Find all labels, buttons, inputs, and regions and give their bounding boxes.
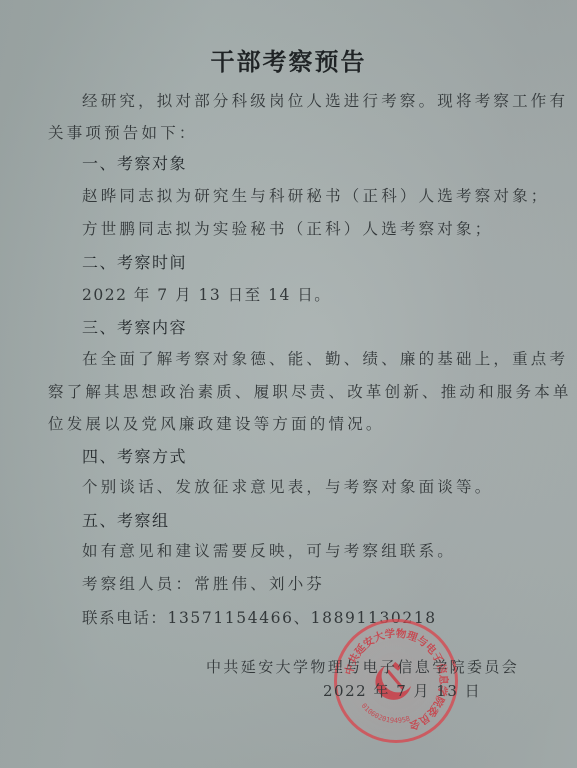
section-heading-3: 三、考察内容 (82, 315, 187, 338)
intro-line-1: 经研究，拟对部分科级岗位人选进行考察。现将考察工作有 (82, 89, 568, 111)
section-3-line-1: 在全面了解考察对象德、能、勤、绩、廉的基础上，重点考 (82, 347, 568, 369)
section-heading-4: 四、考察方式 (82, 444, 187, 467)
document-title: 干部考察预告 (0, 42, 577, 77)
section-5-line-1: 如有意见和建议需要反映，可与考察组联系。 (82, 539, 456, 561)
section-3-line-3: 位发展以及党风廉政建设等方面的情况。 (48, 412, 385, 434)
signature-organization: 中共延安大学物理与电子信息学院委员会 (206, 656, 519, 677)
section-heading-2: 二、考察时间 (82, 250, 187, 273)
intro-line-2: 关事项预告如下： (48, 121, 198, 143)
seal-serial: 0106020194958 (360, 702, 411, 725)
section-3-line-2: 察了解其思想政治素质、履职尽责、改革创新、推动和服务本单 (48, 380, 572, 402)
section-heading-5: 五、考察组 (82, 508, 170, 531)
section-5-line-2: 考察组人员：常胜伟、刘小芬 (82, 572, 325, 594)
section-1-line-1: 赵晔同志拟为研究生与科研秘书（正科）人选考察对象； (82, 184, 550, 206)
section-2-line-1: 2022 年 7 月 13 日至 14 日。 (82, 283, 331, 305)
section-4-line-1: 个别谈话、发放征求意见表，与考察对象面谈等。 (82, 475, 493, 497)
section-1-line-2: 方世鹏同志拟为实验秘书（正科）人选考察对象； (82, 217, 493, 239)
svg-text:0106020194958: 0106020194958 (360, 702, 411, 725)
signature-date: 2022 年 7 月 13 日 (323, 680, 481, 701)
section-heading-1: 一、考察对象 (82, 151, 187, 174)
